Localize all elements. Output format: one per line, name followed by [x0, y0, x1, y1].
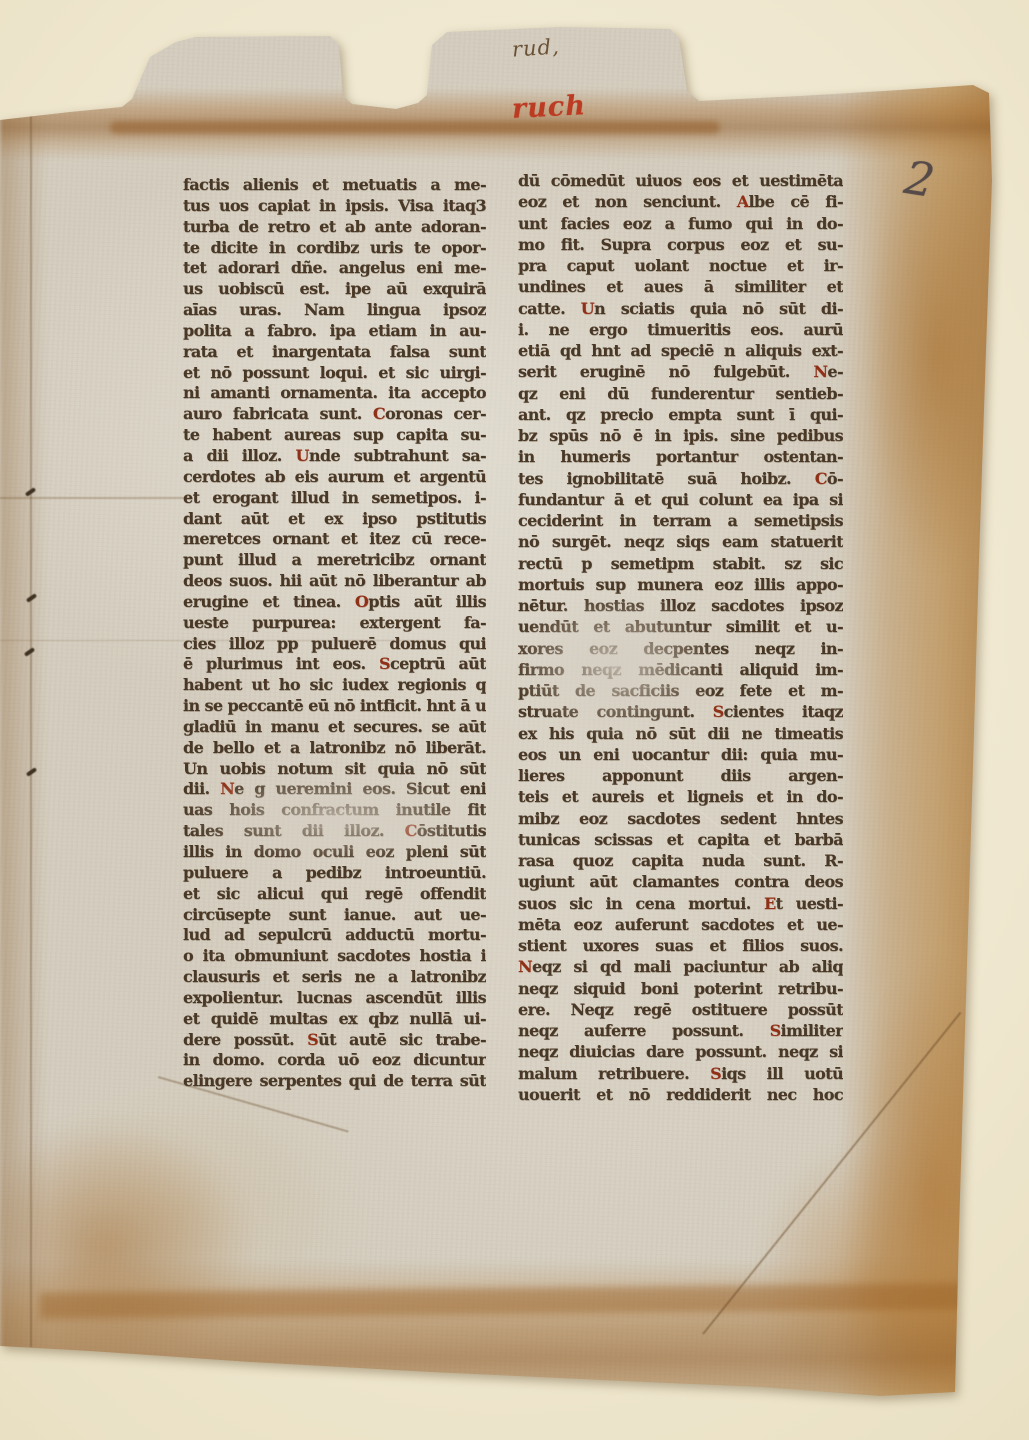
text-line: ugiunt aūt clamantes contra deos — [518, 871, 843, 892]
red-touched-capital: N — [813, 362, 827, 381]
text-line: polita a fabro. ipa etiam in au- — [183, 321, 486, 342]
red-touched-capital: O — [355, 592, 368, 611]
text-line: cerdotes ab eis aurum et argentū — [183, 467, 486, 488]
text-line: unt facies eoz a fumo qui in do- — [518, 213, 843, 234]
text-line: nō surgēt. neqz siqs eam statuerit — [518, 531, 843, 552]
text-line: lud ad sepulcrū adductū mortu- — [183, 925, 486, 946]
red-touched-capital: S — [307, 1030, 318, 1049]
text-line: et quidē multas ex qbz nullā ui- — [183, 1009, 486, 1030]
red-touched-capital: U — [295, 446, 308, 465]
text-line: dere possūt. Sūt autē sic trabe- — [183, 1030, 486, 1051]
text-line: et sic alicui qui regē offendit — [183, 884, 486, 905]
text-line: rectū p semetipm stabit. sz sic — [518, 553, 843, 574]
text-line: ant. qz precio empta sunt ī qui- — [518, 404, 843, 425]
text-line: malum retribuere. Siqs ill uotū — [518, 1063, 843, 1084]
red-touched-capital: N — [518, 957, 532, 976]
text-line: stient uxores suas et filios suos. — [518, 935, 843, 956]
text-line: te habent aureas sup capita su- — [183, 425, 486, 446]
sewing-fold-line — [30, 105, 32, 1347]
text-line: punt illud a meretricibz ornant — [183, 550, 486, 571]
text-line: neqz siquid boni poterint retribu- — [518, 978, 843, 999]
red-touched-capital: C — [373, 404, 385, 423]
stain-blob — [862, 140, 1012, 570]
text-line: lieres apponunt diis argen- — [518, 765, 843, 786]
parchment-surface: factis alienis et metuatis a me-tus uos … — [0, 0, 1029, 1440]
text-line: in se peccantē eū nō intficit. hnt ā u — [183, 696, 486, 717]
text-line: te dicite in cordibz uris te opor- — [183, 238, 486, 259]
red-touched-capital: A — [737, 192, 749, 211]
text-line: mēta eoz auferunt sacdotes et ue- — [518, 914, 843, 935]
text-line: o ita obmuniunt sacdotes hostia i — [183, 946, 486, 967]
stain-left-gutter — [0, 100, 48, 1350]
text-line: ueste purpurea: extergent fa- — [183, 613, 486, 634]
text-line: in humeris portantur ostentan- — [518, 446, 843, 467]
text-line: serit eruginē nō fulgebūt. Ne- — [518, 361, 843, 382]
text-line: et erogant illud in semetipos. i- — [183, 488, 486, 509]
red-touched-capital: S — [710, 1064, 721, 1083]
text-line: ere. Neqz regē ostituere possūt — [518, 999, 843, 1020]
text-line: suos sic in cena mortui. Et uesti- — [518, 893, 843, 914]
text-line: de bello et a latronibz nō liberāt. — [183, 738, 486, 759]
text-line: Neqz si qd mali paciuntur ab aliq — [518, 956, 843, 977]
text-line: uouerit et nō reddiderit nec hoc — [518, 1084, 843, 1105]
text-line: mo fit. Supra corpus eoz et su- — [518, 234, 843, 255]
red-touched-capital: S — [770, 1021, 781, 1040]
text-line: dū cōmedūt uiuos eos et uestimēta — [518, 170, 843, 191]
text-line: qz eni dū funderentur sentieb- — [518, 383, 843, 404]
text-line: factis alienis et metuatis a me- — [183, 175, 486, 196]
text-line: rasa quoz capita nuda sunt. R- — [518, 850, 843, 871]
tab-inscription-red: ruch — [511, 90, 586, 125]
red-touched-capital: S — [379, 654, 390, 673]
text-line: turba de retro et ab ante adoran- — [183, 217, 486, 238]
text-line: ni amanti ornamenta. ita accepto — [183, 383, 486, 404]
red-touched-capital: E — [764, 894, 776, 913]
text-line: ē plurimus int eos. Sceptrū aūt — [183, 654, 486, 675]
text-line: bz spūs nō ē in ipis. sine pedibus — [518, 425, 843, 446]
stain-top-fold-core — [110, 121, 720, 134]
text-line: ceciderint in terram a semetipsis — [518, 510, 843, 531]
text-line: in domo. corda uō eoz dicuntur — [183, 1050, 486, 1071]
tab-inscription-ink: rud, — [511, 34, 560, 61]
text-line: us uobiscū est. ipe aū exquirā — [183, 279, 486, 300]
text-line: cies illoz pp puluerē domus qui — [183, 634, 486, 655]
crease-line — [0, 497, 190, 499]
red-touched-capital: C — [815, 469, 827, 488]
text-line: tet adorari dñe. angelus eni me- — [183, 258, 486, 279]
text-line: circūsepte sunt ianue. aut ue- — [183, 905, 486, 926]
text-line: tunicas scissas et capita et barbā — [518, 829, 843, 850]
rubbed-text-patch — [508, 590, 723, 740]
text-line: auro fabricata sunt. Coronas cer- — [183, 404, 486, 425]
rubbed-text-patch — [178, 768, 496, 866]
text-line: dant aūt et ex ipso pstitutis — [183, 509, 486, 530]
text-line: habent ut ho sic iudex regionis q — [183, 675, 486, 696]
text-line: teis et aureis et ligneis et in do- — [518, 786, 843, 807]
text-line: deos suos. hii aūt nō liberantur ab — [183, 571, 486, 592]
text-line: neqz diuicias dare possunt. neqz si — [518, 1041, 843, 1062]
text-line: eoz et non senciunt. Albe cē fi- — [518, 191, 843, 212]
text-line: undines et aues ā similiter et — [518, 276, 843, 297]
text-line: rata et inargentata falsa sunt — [183, 342, 486, 363]
text-line: expolientur. lucnas ascendūt illis — [183, 988, 486, 1009]
text-column-left: factis alienis et metuatis a me-tus uos … — [183, 175, 486, 1092]
text-line: tus uos capiat in ipsis. Visa itaq3 — [183, 196, 486, 217]
text-line: neqz auferre possunt. Similiter — [518, 1020, 843, 1041]
text-line: meretces ornant et itez cū rece- — [183, 529, 486, 550]
text-line: erugine et tinea. Optis aūt illis — [183, 592, 486, 613]
text-line: tes ignobilitatē suā hoibz. Cō- — [518, 468, 843, 489]
text-line: clausuris et seris ne a latronibz — [183, 967, 486, 988]
text-line: aīas uras. Nam lingua ipsoz — [183, 300, 486, 321]
text-line: mibz eoz sacdotes sedent hntes — [518, 808, 843, 829]
manuscript-photo: factis alienis et metuatis a me-tus uos … — [0, 0, 1029, 1440]
text-line: pra caput uolant noctue et ir- — [518, 255, 843, 276]
text-line: gladiū in manu et secures. se aūt — [183, 717, 486, 738]
text-line: a dii illoz. Unde subtrahunt sa- — [183, 446, 486, 467]
text-line: catte. Un sciatis quia nō sūt di- — [518, 298, 843, 319]
text-line: i. ne ergo timueritis eos. aurū — [518, 319, 843, 340]
text-line: fundantur ā et qui colunt ea ipa si — [518, 489, 843, 510]
red-touched-capital: U — [581, 299, 594, 318]
text-line: et nō possunt loqui. et sic uirgi- — [183, 363, 486, 384]
text-line: etiā qd hnt ad speciē n aliquis ext- — [518, 340, 843, 361]
parchment-leaf: factis alienis et metuatis a me-tus uos … — [0, 0, 1029, 1440]
text-line: elingere serpentes qui de terra sūt — [183, 1071, 486, 1092]
text-line: eos un eni uocantur dii: quia mu- — [518, 744, 843, 765]
